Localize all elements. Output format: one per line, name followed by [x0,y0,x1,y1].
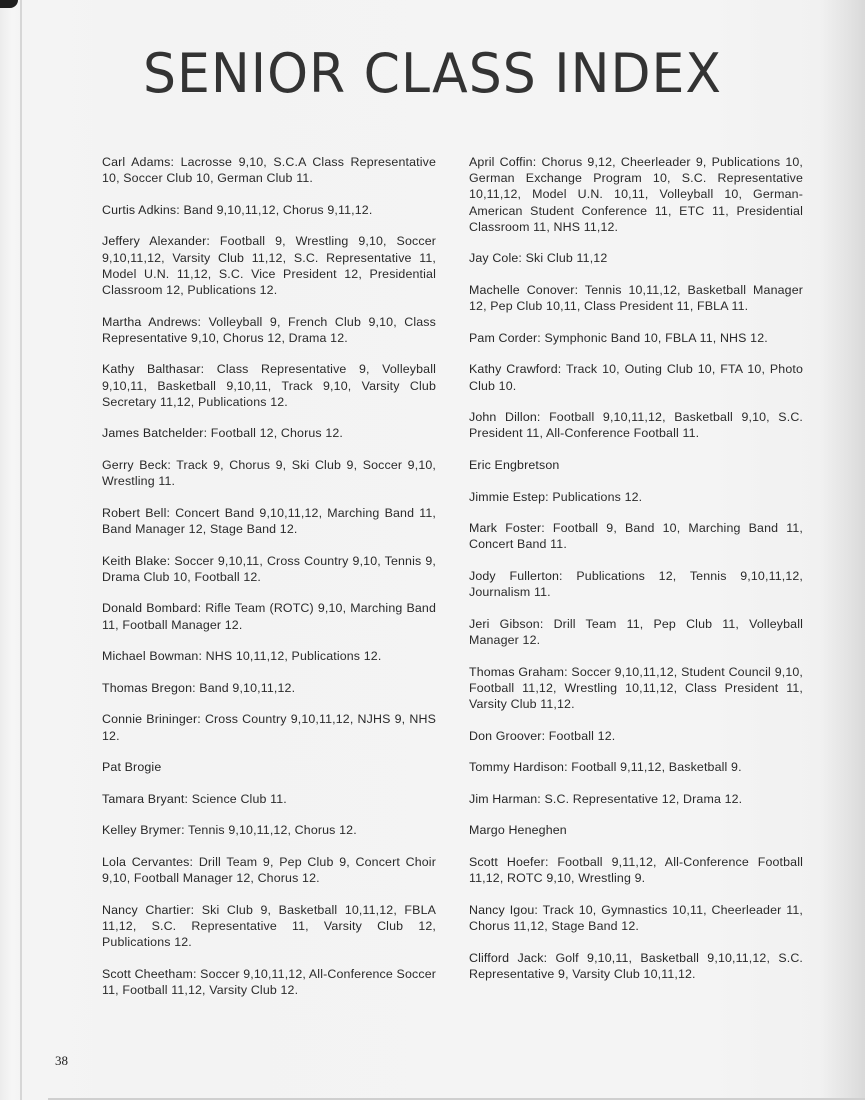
senior-entry: Scott Cheetham: Soccer 9,10,11,12, All-C… [102,966,436,998]
name-separator: : [541,521,553,535]
name-separator: : [170,155,180,169]
page-title: SENIOR CLASS INDEX [0,43,865,106]
student-name: Jim Harman [469,792,537,806]
student-name: Kathy Balthasar [102,362,201,376]
name-separator: : [545,855,557,869]
left-column-index: Carl Adams: Lacrosse 9,10, S.C.A Class R… [102,154,436,1014]
student-name: Robert Bell [102,506,166,520]
student-name: Keith Blake [102,554,167,568]
senior-entry: Michael Bowman: NHS 10,11,12, Publicatio… [102,648,436,664]
senior-entry: Gerry Beck: Track 9, Chorus 9, Ski Club … [102,457,436,489]
name-separator: : [190,855,199,869]
name-separator: : [167,458,176,472]
name-separator: : [185,792,192,806]
student-activities: Band 9,10,11,12. [199,681,295,695]
student-name: Jay Cole [469,251,518,265]
senior-entry: Jody Fullerton: Publications 12, Tennis … [469,568,803,600]
senior-entry: Kathy Crawford: Track 10, Outing Club 10… [469,361,803,393]
student-name: Jimmie Estep [469,490,545,504]
student-activities: Tennis 9,10,11,12, Chorus 12. [188,823,357,837]
senior-entry: Mark Foster: Football 9, Band 10, Marchi… [469,520,803,552]
student-name: Tamara Bryant [102,792,185,806]
senior-entry: Thomas Bregon: Band 9,10,11,12. [102,680,436,696]
name-separator: : [206,234,220,248]
name-separator: : [542,729,549,743]
senior-entry: John Dillon: Football 9,10,11,12, Basket… [469,409,803,441]
senior-entry: Jimmie Estep: Publications 12. [469,489,803,505]
name-separator: : [204,426,211,440]
name-separator: : [166,506,175,520]
student-name: Tommy Hardison [469,760,564,774]
student-name: Michael Bowman [102,649,198,663]
name-separator: : [559,569,576,583]
senior-entry: Don Groover: Football 12. [469,728,803,744]
student-name: Curtis Adkins [102,203,176,217]
student-name: Thomas Graham [469,665,564,679]
yearbook-page: SENIOR CLASS INDEX Carl Adams: Lacrosse … [0,0,865,1100]
senior-entry: Tamara Bryant: Science Club 11. [102,791,436,807]
senior-entry: Jim Harman: S.C. Representative 12, Dram… [469,791,803,807]
student-name: Scott Cheetham [102,967,193,981]
name-separator: : [191,903,202,917]
senior-entry: Jeri Gibson: Drill Team 11, Pep Club 11,… [469,616,803,648]
student-name: Jody Fullerton [469,569,559,583]
name-separator: : [198,649,205,663]
name-separator: : [534,903,542,917]
student-name: Kelley Brymer [102,823,181,837]
senior-entry: Machelle Conover: Tennis 10,11,12, Baske… [469,282,803,314]
name-separator: : [198,315,209,329]
page-number: 38 [55,1053,68,1069]
student-activities: Football 12, Chorus 12. [211,426,343,440]
student-activities: Science Club 11. [192,792,287,806]
student-activities: Publications 12. [552,490,642,504]
student-name: Clifford Jack [469,951,544,965]
name-separator: : [518,251,525,265]
student-name: Martha Andrews [102,315,198,329]
senior-entry: Lola Cervantes: Drill Team 9, Pep Club 9… [102,854,436,886]
student-name: Don Groover [469,729,542,743]
student-name: Nancy Igou [469,903,534,917]
senior-entry: Kathy Balthasar: Class Representative 9,… [102,361,436,410]
student-name: James Batchelder [102,426,204,440]
senior-entry: Margo Heneghen [469,822,803,838]
senior-entry: Scott Hoefer: Football 9,11,12, All-Conf… [469,854,803,886]
student-name: Thomas Bregon [102,681,192,695]
student-name: Connie Brininger [102,712,197,726]
name-separator: : [201,362,217,376]
student-activities: Symphonic Band 10, FBLA 11, NHS 12. [544,331,767,345]
senior-entry: James Batchelder: Football 12, Chorus 12… [102,425,436,441]
student-name: John Dillon [469,410,537,424]
name-separator: : [537,410,549,424]
senior-entry: Clifford Jack: Golf 9,10,11, Basketball … [469,950,803,982]
senior-entry: Nancy Igou: Track 10, Gymnastics 10,11, … [469,902,803,934]
student-name: Pam Corder [469,331,537,345]
student-name: April Coffin [469,155,533,169]
senior-entry: April Coffin: Chorus 9,12, Cheerleader 9… [469,154,803,235]
senior-entry: Keith Blake: Soccer 9,10,11, Cross Count… [102,553,436,585]
student-activities: Football 12. [549,729,616,743]
student-name: Margo Heneghen [469,823,567,837]
senior-entry: Eric Engbretson [469,457,803,473]
student-activities: Football 9,11,12, Basketball 9. [571,760,741,774]
senior-entry: Carl Adams: Lacrosse 9,10, S.C.A Class R… [102,154,436,186]
senior-entry: Kelley Brymer: Tennis 9,10,11,12, Chorus… [102,822,436,838]
student-name: Scott Hoefer [469,855,545,869]
senior-entry: Thomas Graham: Soccer 9,10,11,12, Studen… [469,664,803,713]
senior-entry: Pam Corder: Symphonic Band 10, FBLA 11, … [469,330,803,346]
student-name: Jeri Gibson [469,617,540,631]
student-name: Machelle Conover [469,283,575,297]
name-separator: : [544,951,556,965]
student-activities: NHS 10,11,12, Publications 12. [206,649,382,663]
student-name: Pat Brogie [102,760,161,774]
scan-corner-mark [0,0,18,8]
name-separator: : [181,823,188,837]
student-activities: Band 9,10,11,12, Chorus 9,11,12. [183,203,372,217]
senior-entry: Martha Andrews: Volleyball 9, French Clu… [102,314,436,346]
senior-entry: Donald Bombard: Rifle Team (ROTC) 9,10, … [102,600,436,632]
student-name: Jeffery Alexander [102,234,206,248]
student-name: Mark Foster [469,521,541,535]
name-separator: : [540,617,554,631]
senior-entry: Tommy Hardison: Football 9,11,12, Basket… [469,759,803,775]
student-activities: S.C. Representative 12, Drama 12. [544,792,742,806]
name-separator: : [197,712,205,726]
senior-entry: Nancy Chartier: Ski Club 9, Basketball 1… [102,902,436,951]
student-name: Carl Adams [102,155,170,169]
student-name: Gerry Beck [102,458,167,472]
senior-entry: Connie Brininger: Cross Country 9,10,11,… [102,711,436,743]
name-separator: : [575,283,585,297]
right-column-index: April Coffin: Chorus 9,12, Cheerleader 9… [469,154,803,997]
student-name: Lola Cervantes [102,855,190,869]
student-name: Donald Bombard [102,601,198,615]
name-separator: : [558,362,566,376]
student-name: Nancy Chartier [102,903,191,917]
student-name: Eric Engbretson [469,458,559,472]
senior-entry: Curtis Adkins: Band 9,10,11,12, Chorus 9… [102,202,436,218]
senior-entry: Pat Brogie [102,759,436,775]
student-activities: Ski Club 11,12 [526,251,608,265]
senior-entry: Jay Cole: Ski Club 11,12 [469,250,803,266]
student-name: Kathy Crawford [469,362,558,376]
senior-entry: Robert Bell: Concert Band 9,10,11,12, Ma… [102,505,436,537]
senior-entry: Jeffery Alexander: Football 9, Wrestling… [102,233,436,298]
